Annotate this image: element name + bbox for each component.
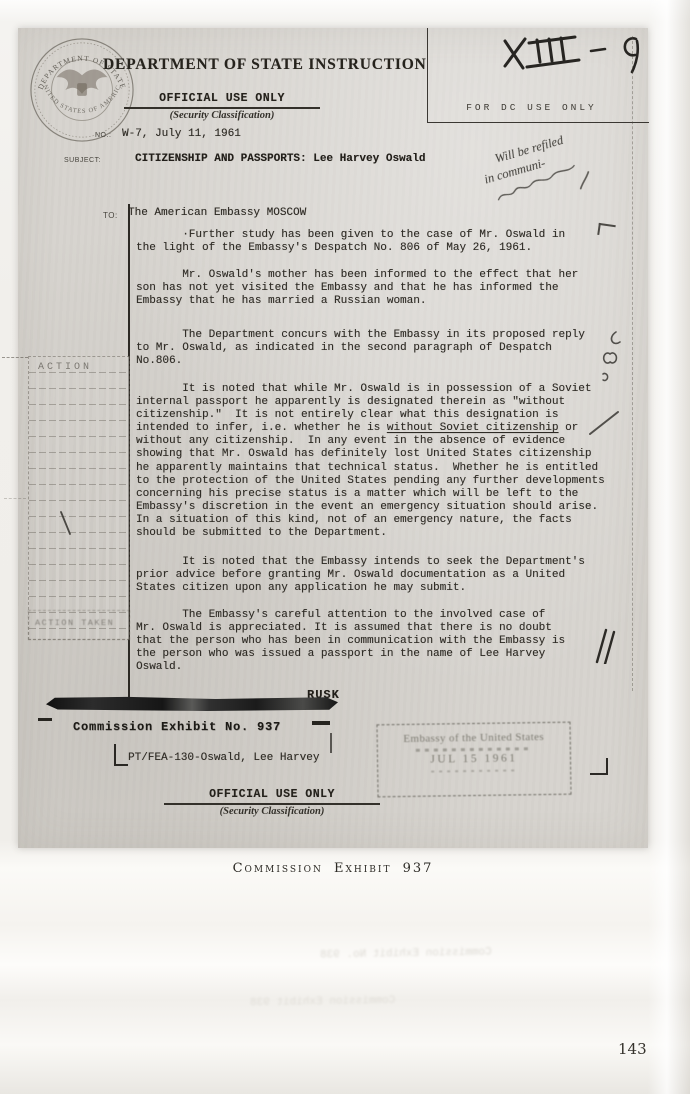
to-value: The American Embassy MOSCOW xyxy=(128,207,306,219)
pen-dash-left xyxy=(38,718,52,721)
pen-tick-vertical xyxy=(330,733,332,753)
classification-bottom-rule xyxy=(164,803,380,805)
page-number: 143 xyxy=(618,1040,647,1058)
subject-value: CITIZENSHIP AND PASSPORTS: Lee Harvey Os… xyxy=(135,153,425,165)
number-value: W-7, July 11, 1961 xyxy=(122,128,241,140)
exhibit-caption: Commission Exhibit 937 xyxy=(228,861,438,876)
file-reference-bracket xyxy=(114,744,128,766)
classification-top-sublabel: (Security Classification) xyxy=(122,110,322,121)
corner-bracket-mark xyxy=(590,758,608,775)
classification-top-rule xyxy=(124,107,320,109)
paragraph-3: The Department concurs with the Embassy … xyxy=(136,329,585,368)
document-title: DEPARTMENT OF STATE INSTRUCTION xyxy=(103,56,427,74)
file-reference: PT/FEA-130-Oswald, Lee Harvey xyxy=(128,752,319,764)
page-edge-shading xyxy=(648,0,690,1094)
margin-pen-marks xyxy=(586,326,634,442)
stamp-line1: Embassy of the United States xyxy=(378,731,570,746)
handwritten-index xyxy=(498,30,658,76)
book-page: DEPARTMENT OF STATE UNITED STATES OF AME… xyxy=(0,0,690,1094)
stamp-smudge xyxy=(431,769,517,772)
subject-label: SUBJECT: xyxy=(64,157,101,164)
pen-stroke-mark xyxy=(58,510,74,536)
handwritten-corner-mark xyxy=(597,223,616,237)
margin-tick-line xyxy=(2,357,28,358)
paragraph-6: The Embassy's careful attention to the i… xyxy=(136,609,565,674)
ink-smear-bar xyxy=(46,696,338,711)
scanned-document: DEPARTMENT OF STATE UNITED STATES OF AME… xyxy=(18,28,648,848)
bleed-through-text: Commission Exhibit No. 938 xyxy=(320,947,492,962)
dc-use-only-label: FOR DC USE ONLY xyxy=(428,102,635,113)
paragraph-1: ·Further study has been given to the cas… xyxy=(136,229,565,255)
department-of-state-seal-icon: DEPARTMENT OF STATE UNITED STATES OF AME… xyxy=(28,36,136,144)
action-taken-label: ACTION TAKEN xyxy=(29,611,129,628)
classification-bottom: OFFICIAL USE ONLY (Security Classificati… xyxy=(162,788,382,817)
pen-dash-right xyxy=(312,721,330,725)
embassy-receipt-stamp: Embassy of the United States JUL 15 1961 xyxy=(376,722,571,798)
paragraph-2: Mr. Oswald's mother has been informed to… xyxy=(136,269,578,308)
margin-tick-line xyxy=(4,498,26,499)
to-label: TO: xyxy=(103,211,118,220)
bleed-through-text: Commission Exhibit 938 xyxy=(250,995,395,1010)
classification-top-label: OFFICIAL USE ONLY xyxy=(122,92,322,105)
stamp-smudge xyxy=(416,747,531,752)
action-margin-box: ACTION xyxy=(28,356,130,640)
classification-top: OFFICIAL USE ONLY (Security Classificati… xyxy=(122,92,322,121)
classification-bottom-label: OFFICIAL USE ONLY xyxy=(162,788,382,801)
paragraph-4: It is noted that while Mr. Oswald is in … xyxy=(136,383,605,540)
exhibit-number-label: Commission Exhibit No. 937 xyxy=(73,720,281,734)
action-taken-box: ACTION TAKEN xyxy=(28,610,130,640)
action-label: ACTION xyxy=(38,362,92,373)
number-label: NO.: xyxy=(95,132,111,139)
classification-bottom-sublabel: (Security Classification) xyxy=(162,806,382,817)
double-slash-mark xyxy=(594,626,616,664)
stamp-date: JUL 15 1961 xyxy=(378,752,570,767)
paragraph-5: It is noted that the Embassy intends to … xyxy=(136,556,585,595)
